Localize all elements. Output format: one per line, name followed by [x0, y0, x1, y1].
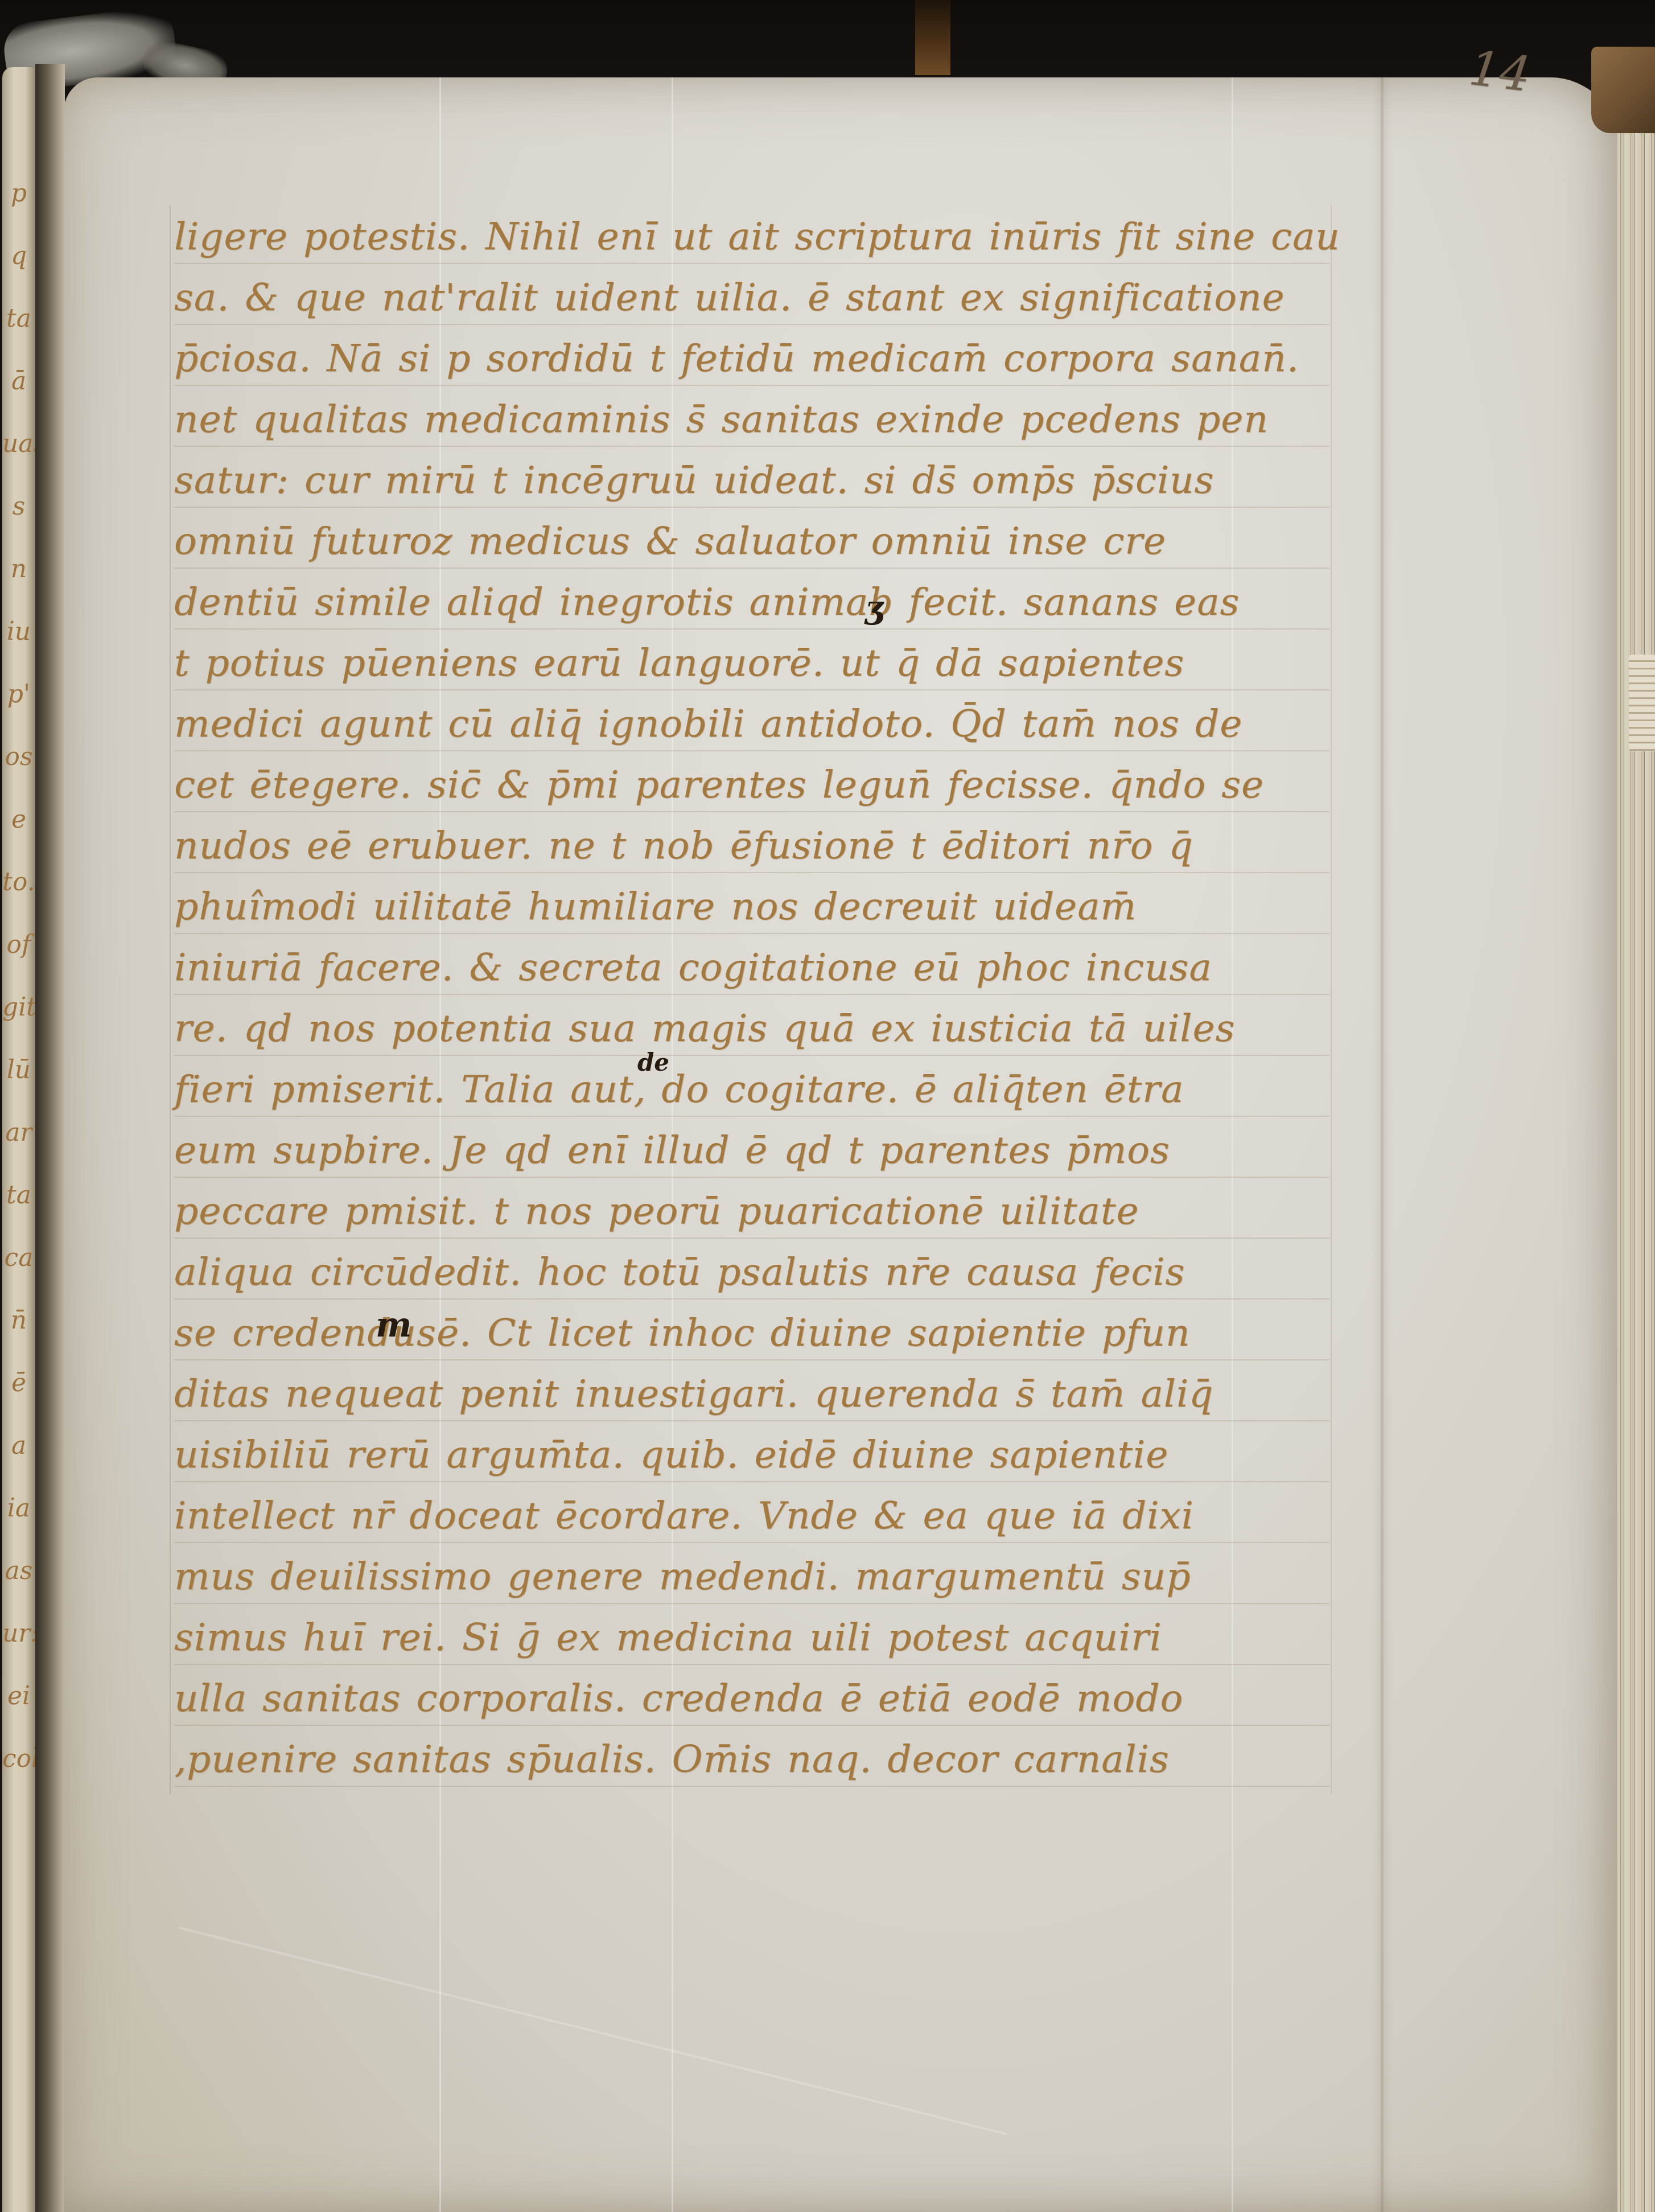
ruling-margin-line: [170, 205, 171, 1794]
facing-page-fragment: git: [2, 995, 35, 1020]
manuscript-line: se credendusē. Ct licet inhoc diuine sap…: [174, 1302, 1329, 1363]
facing-page-fragment: os: [2, 745, 35, 770]
fore-edge-stack: [1617, 54, 1655, 2212]
manuscript-line: simus huī rei. Si ḡ ex medicina uili pot…: [174, 1607, 1329, 1668]
facing-page-fragment: as: [2, 1559, 35, 1584]
manuscript-line: intellect nr̄ doceat ēcordare. Vnde & ea…: [174, 1485, 1329, 1546]
facing-page-fragment: p: [2, 181, 35, 206]
manuscript-line: cet ētegere. sic̄ & p̄mi parentes legun̄…: [174, 754, 1329, 815]
facing-page-fragment: ia: [2, 1496, 35, 1521]
facing-page-fragment: ei: [2, 1684, 35, 1709]
manuscript-line: omniū futuroz medicus & saluator omniū i…: [174, 511, 1329, 571]
spine-headband: [915, 0, 950, 75]
facing-page-fragment: ē: [2, 1371, 35, 1396]
manuscript-line: satur: cur mirū t incēgruū uideat. si ds…: [174, 450, 1329, 511]
manuscript-line: fieri pmiserit. Talia aut, do cogitare. …: [174, 1059, 1329, 1120]
manuscript-line: ditas nequeat penit inuestigari. querend…: [174, 1363, 1329, 1424]
facing-page-fragment: e: [2, 807, 35, 832]
parchment-crease: [179, 1927, 1007, 2136]
facing-page-fragment: ar: [2, 1120, 35, 1145]
page-edge-tab: [1629, 655, 1655, 751]
facing-page-fragment: q: [2, 244, 35, 269]
facing-page-fragment: iu: [2, 619, 35, 644]
binding-corner: [1591, 47, 1655, 133]
facing-page-fragment: ur:: [2, 1621, 35, 1646]
manuscript-line: aliqua circūdedit. hoc totū psalutis nr̄…: [174, 1241, 1329, 1302]
text-block: ligere potestis. Nihil enī ut ait script…: [174, 206, 1329, 1794]
facing-page-fragment: ā: [2, 369, 35, 394]
dark-ink-correction: m: [376, 1308, 412, 1342]
facing-page-edge: p q ta ā uas s n iu p' os e to. of git l…: [2, 67, 35, 2212]
facing-page-fragment: p': [2, 682, 35, 707]
facing-page-fragment: col: [2, 1746, 35, 1771]
manuscript-line: eum supbire. Je qd enī illud ē qd t pare…: [174, 1120, 1329, 1181]
dark-ink-pen-stroke: ʒ: [865, 592, 883, 624]
fold-line: [1381, 77, 1384, 2212]
manuscript-line: nudos eē erubuer. ne t nob ēfusionē t ēd…: [174, 815, 1329, 876]
manuscript-line: re. qd nos potentia sua magis quā ex ius…: [174, 998, 1329, 1059]
manuscript-line: net qualitas medicaminis s̄ sanitas exin…: [174, 389, 1329, 450]
facing-page-fragment: of: [2, 932, 35, 957]
manuscript-line: ligere potestis. Nihil enī ut ait script…: [174, 206, 1329, 267]
facing-page-fragment: ta: [2, 306, 35, 331]
facing-page-fragment: uas: [2, 431, 35, 457]
facing-page-fragment: a: [2, 1433, 35, 1458]
manuscript-line: phuîmodi uilitatē humiliare nos decreuit…: [174, 876, 1329, 937]
manuscript-line: medici agunt cū aliq̄ ignobili antidoto.…: [174, 693, 1329, 754]
facing-page-fragment: to.: [2, 870, 35, 895]
interlinear-addition: de: [637, 1051, 669, 1075]
manuscript-line: ‚puenire sanitas sp̄ualis. Om̄is naq. de…: [174, 1729, 1329, 1790]
manuscript-line: peccare pmisit. t nos peorū puaricationē…: [174, 1181, 1329, 1241]
manuscript-line: sa. & que nat'ralit uident uilia. ē stan…: [174, 267, 1329, 328]
facing-page-fragment: s: [2, 494, 35, 519]
manuscript-line: dentiū simile aliqd inegrotis animab fec…: [174, 571, 1329, 632]
facing-page-fragment: n: [2, 557, 35, 582]
manuscript-line: t potius pūeniens earū languorē. ut q̄ d…: [174, 632, 1329, 693]
manuscript-line: p̄ciosa. Nā si p sordidū t fetidū medica…: [174, 328, 1329, 389]
folio-number: 14: [1466, 40, 1533, 102]
manuscript-photo: p q ta ā uas s n iu p' os e to. of git l…: [0, 0, 1655, 2212]
manuscript-line: ulla sanitas corporalis. credenda ē etiā…: [174, 1668, 1329, 1729]
ruling-margin-line: [1331, 205, 1332, 1794]
manuscript-line: iniuriā facere. & secreta cogitatione eū…: [174, 937, 1329, 998]
facing-page-fragment: ca: [2, 1245, 35, 1271]
gutter-shadow: [35, 64, 65, 2212]
facing-page-fragment: n̄: [2, 1308, 35, 1333]
manuscript-line: uisibiliū rerū argum̄ta. quib. eidē diui…: [174, 1424, 1329, 1485]
manuscript-line: mus deuilissimo genere medendi. margumen…: [174, 1546, 1329, 1607]
facing-page-fragment: ta: [2, 1183, 35, 1208]
facing-page-fragment: lū: [2, 1058, 35, 1083]
